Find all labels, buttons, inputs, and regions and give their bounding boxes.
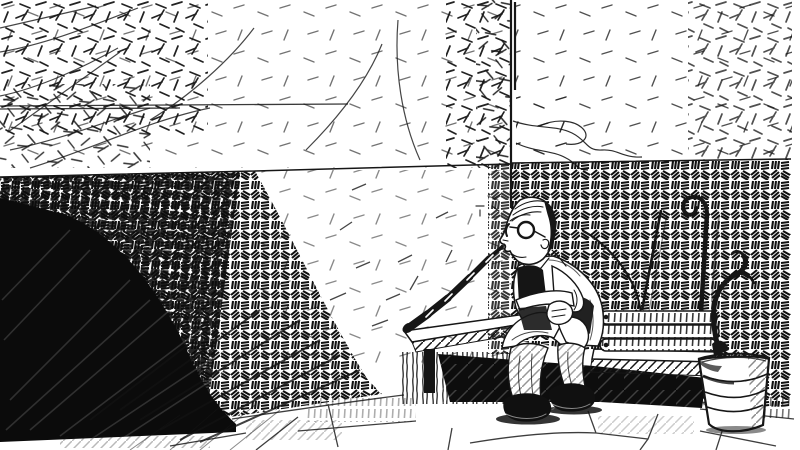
hatch-texture — [516, 96, 580, 160]
glasses-right-lens — [518, 222, 534, 238]
cracked-plaster-wall-left — [0, 0, 512, 168]
hatch-texture — [688, 0, 792, 160]
clasped-hands — [547, 301, 573, 324]
illustration-canvas — [0, 0, 800, 450]
hatch-texture — [476, 0, 512, 168]
floor-hatch — [246, 420, 342, 440]
roll-end — [604, 343, 609, 348]
roll-ticks — [595, 325, 719, 338]
hatch-texture — [0, 84, 150, 168]
floor-hatch — [306, 398, 416, 422]
paper-margin — [792, 0, 800, 162]
right-shoe — [550, 383, 596, 411]
floor-hatch — [598, 416, 694, 434]
ink-illustration — [0, 0, 800, 450]
bedroll-bundle — [595, 311, 719, 351]
roll-ticks — [600, 311, 717, 324]
left-shoe — [503, 393, 551, 421]
cracked-plaster-wall-right — [513, 0, 800, 170]
pail-ground-shadow — [706, 426, 766, 434]
roll-ticks — [600, 339, 717, 351]
bench-leg — [424, 349, 435, 393]
metal-pail — [698, 354, 770, 434]
roll-end — [604, 315, 609, 320]
